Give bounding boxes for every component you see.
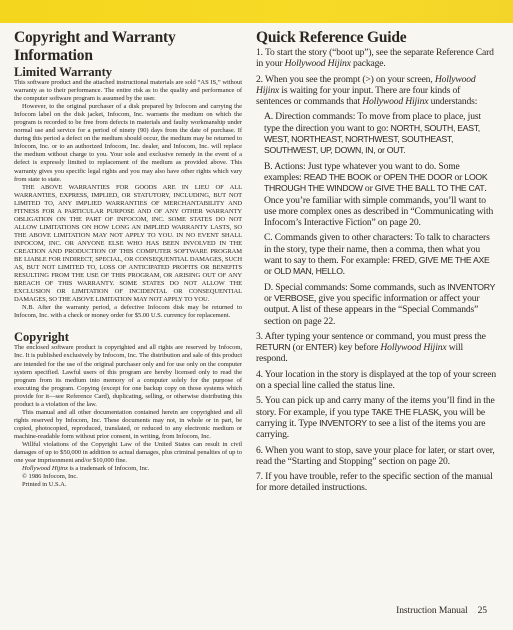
- copyright-paragraph-3: Willful violations of the Copyright Law …: [14, 441, 242, 465]
- qr-item-4: 4. Your location in the story is display…: [256, 369, 496, 392]
- qr-item-2d-special: D. Special commands: Some commands, such…: [264, 282, 496, 327]
- heading-copyright: Copyright: [14, 330, 242, 344]
- yellow-header-band: [0, 0, 513, 23]
- copyright-warranty-column: Copyright and Warranty Information Limit…: [14, 29, 242, 489]
- qr-item-6: 6. When you want to stop, save your plac…: [256, 445, 496, 468]
- page-footer: Instruction Manual25: [396, 605, 487, 616]
- warranty-paragraph-1: This software product and the attached i…: [14, 79, 242, 103]
- qr-item-2c-characters: C. Commands given to other characters: T…: [264, 232, 496, 277]
- qr-item-2: 2. When you see the prompt (>) on your s…: [256, 74, 496, 108]
- page-title-quick-reference: Quick Reference Guide: [256, 29, 496, 47]
- quick-reference-column: Quick Reference Guide 1. To start the st…: [256, 29, 496, 498]
- qr-item-2b-actions: B. Actions: Just type whatever you want …: [264, 161, 496, 229]
- warranty-disclaimer: THE ABOVE WARRANTIES FOR GOODS ARE IN LI…: [14, 184, 242, 305]
- qr-item-3: 3. After typing your sentence or command…: [256, 331, 496, 365]
- footer-label: Instruction Manual: [396, 605, 467, 616]
- heading-limited-warranty: Limited Warranty: [14, 65, 242, 79]
- page-number: 25: [478, 605, 487, 616]
- warranty-paragraph-2: However, to the original purchaser of a …: [14, 103, 242, 183]
- page-title-copyright-warranty: Copyright and Warranty Information: [14, 29, 242, 65]
- trademark-title: Hollywood Hijinx: [22, 465, 68, 472]
- copyright-paragraph-1: The enclosed software product is copyrig…: [14, 344, 242, 408]
- qr-item-7: 7. If you have trouble, refer to the spe…: [256, 471, 496, 494]
- copyright-paragraph-2: This manual and all other documentation …: [14, 409, 242, 441]
- printed-line: Printed in U.S.A.: [22, 481, 242, 489]
- qr-item-2a-directions: A. Direction commands: To move from plac…: [264, 111, 496, 156]
- copyright-line: © 1986 Infocom, Inc.: [22, 473, 242, 481]
- qr-item-5: 5. You can pick up and carry many of the…: [256, 395, 496, 440]
- warranty-nb: N.B. After the warranty period, a defect…: [14, 304, 242, 320]
- trademark-line: Hollywood Hijinx is a trademark of Infoc…: [22, 465, 242, 473]
- qr-item-1: 1. To start the story (“boot up”), see t…: [256, 47, 496, 70]
